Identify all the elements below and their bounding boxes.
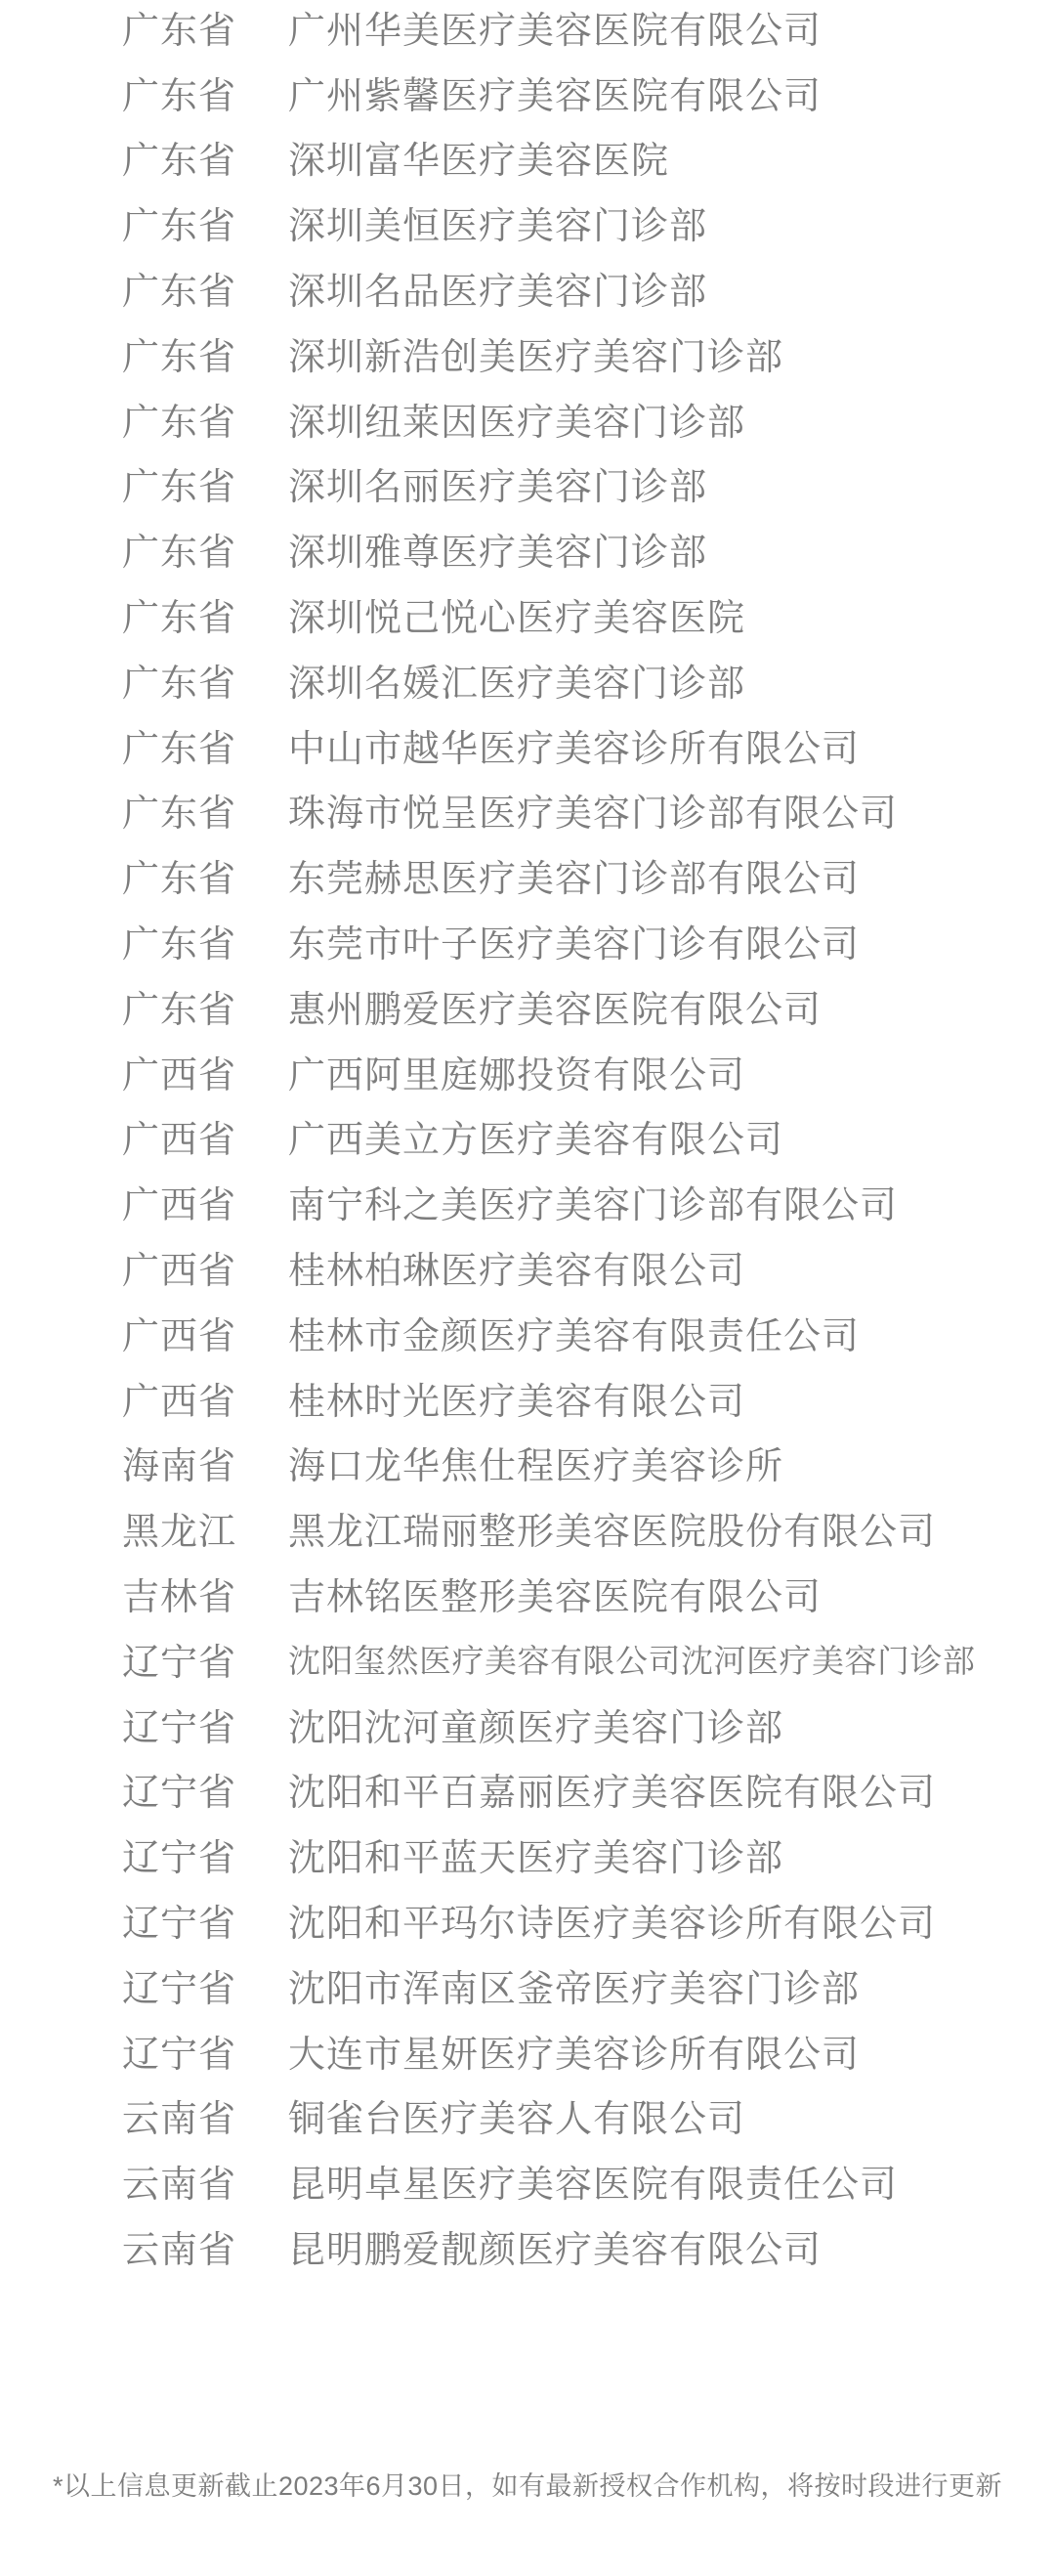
province-label: 黑龙江 — [122, 1501, 288, 1555]
institution-name: 桂林柏琳医疗美容有限公司 — [288, 1240, 1055, 1294]
update-cutoff-note: *以上信息更新截止2023年6月30日，如有最新授权合作机构，将按时段进行更新 — [0, 2465, 1055, 2503]
province-label: 辽宁省 — [122, 1697, 288, 1751]
list-item: 广东省 东莞赫思医疗美容门诊部有限公司 — [0, 842, 1055, 908]
list-item: 广东省 广州紫馨医疗美容医院有限公司 — [0, 60, 1055, 125]
institution-name: 深圳悦己悦心医疗美容医院 — [288, 587, 1055, 641]
list-item: 广西省 桂林柏琳医疗美容有限公司 — [0, 1234, 1055, 1300]
institution-name: 南宁科之美医疗美容门诊部有限公司 — [288, 1175, 1055, 1228]
list-item: 广东省 深圳名品医疗美容门诊部 — [0, 255, 1055, 321]
province-label: 辽宁省 — [122, 1827, 288, 1881]
province-label: 广西省 — [122, 1240, 288, 1294]
institution-name: 深圳美恒医疗美容门诊部 — [288, 195, 1055, 249]
province-label: 广东省 — [122, 65, 288, 119]
province-label: 云南省 — [122, 2088, 288, 2142]
list-item: 广东省 深圳雅尊医疗美容门诊部 — [0, 516, 1055, 581]
institution-name: 深圳新浩创美医疗美容门诊部 — [288, 326, 1055, 380]
province-label: 广西省 — [122, 1175, 288, 1228]
institution-name: 桂林时光医疗美容有限公司 — [288, 1371, 1055, 1425]
list-item: 辽宁省 沈阳市浑南区釜帝医疗美容门诊部 — [0, 1953, 1055, 2018]
province-label: 广西省 — [122, 1045, 288, 1098]
province-label: 广东省 — [122, 0, 288, 54]
list-item: 广东省 惠州鹏爱医疗美容医院有限公司 — [0, 973, 1055, 1039]
province-label: 广东省 — [122, 848, 288, 902]
institution-name: 东莞赫思医疗美容门诊部有限公司 — [288, 848, 1055, 902]
list-item: 广东省 深圳名媛汇医疗美容门诊部 — [0, 647, 1055, 712]
institution-name: 深圳名丽医疗美容门诊部 — [288, 456, 1055, 510]
list-item: 辽宁省 沈阳沈河童颜医疗美容门诊部 — [0, 1692, 1055, 1757]
province-label: 云南省 — [122, 2219, 288, 2273]
institution-name: 海口龙华焦仕程医疗美容诊所 — [288, 1436, 1055, 1489]
province-label: 广东省 — [122, 653, 288, 707]
institution-name: 深圳名品医疗美容门诊部 — [288, 261, 1055, 315]
institution-name: 昆明鹏爱靓颜医疗美容有限公司 — [288, 2219, 1055, 2273]
institution-name: 中山市越华医疗美容诊所有限公司 — [288, 718, 1055, 772]
list-item: 广东省 深圳富华医疗美容医院 — [0, 125, 1055, 191]
institution-name: 沈阳和平蓝天医疗美容门诊部 — [288, 1827, 1055, 1881]
province-label: 辽宁省 — [122, 1893, 288, 1947]
province-label: 广东省 — [122, 914, 288, 967]
institution-name: 吉林铭医整形美容医院有限公司 — [288, 1567, 1055, 1620]
list-item: 广东省 深圳新浩创美医疗美容门诊部 — [0, 321, 1055, 386]
list-item: 广西省 广西阿里庭娜投资有限公司 — [0, 1039, 1055, 1104]
province-label: 辽宁省 — [122, 1632, 288, 1686]
province-label: 辽宁省 — [122, 1762, 288, 1816]
institution-list: 广东省 广州华美医疗美容医院有限公司 广东省 广州紫馨医疗美容医院有限公司 广东… — [0, 0, 1055, 2279]
list-item: 广西省 桂林时光医疗美容有限公司 — [0, 1365, 1055, 1431]
institution-name: 广州紫馨医疗美容医院有限公司 — [288, 65, 1055, 119]
institution-name: 沈阳市浑南区釜帝医疗美容门诊部 — [288, 1958, 1055, 2012]
province-label: 辽宁省 — [122, 1958, 288, 2012]
institution-name: 沈阳和平百嘉丽医疗美容医院有限公司 — [288, 1762, 1055, 1816]
list-item: 广东省 深圳名丽医疗美容门诊部 — [0, 451, 1055, 517]
province-label: 广东省 — [122, 979, 288, 1033]
institution-name: 深圳名媛汇医疗美容门诊部 — [288, 653, 1055, 707]
list-item: 云南省 铜雀台医疗美容人有限公司 — [0, 2083, 1055, 2149]
list-item: 辽宁省 沈阳玺然医疗美容有限公司沈河医疗美容门诊部 — [0, 1626, 1055, 1692]
list-item: 广东省 中山市越华医疗美容诊所有限公司 — [0, 712, 1055, 778]
province-label: 广东省 — [122, 326, 288, 380]
list-item: 广西省 桂林市金颜医疗美容有限责任公司 — [0, 1300, 1055, 1365]
list-item: 云南省 昆明鹏爱靓颜医疗美容有限公司 — [0, 2213, 1055, 2279]
list-item: 广西省 南宁科之美医疗美容门诊部有限公司 — [0, 1169, 1055, 1234]
list-item: 广东省 深圳美恒医疗美容门诊部 — [0, 190, 1055, 255]
institution-name: 沈阳和平玛尔诗医疗美容诊所有限公司 — [288, 1893, 1055, 1947]
list-item: 辽宁省 沈阳和平蓝天医疗美容门诊部 — [0, 1822, 1055, 1887]
institution-name: 深圳富华医疗美容医院 — [288, 130, 1055, 184]
list-item: 辽宁省 大连市星妍医疗美容诊所有限公司 — [0, 2018, 1055, 2083]
institution-name: 广西阿里庭娜投资有限公司 — [288, 1045, 1055, 1098]
institution-name: 珠海市悦呈医疗美容门诊部有限公司 — [288, 783, 1055, 837]
institution-name: 桂林市金颜医疗美容有限责任公司 — [288, 1306, 1055, 1359]
province-label: 辽宁省 — [122, 2024, 288, 2078]
list-item: 广东省 广州华美医疗美容医院有限公司 — [0, 0, 1055, 60]
institution-name: 广州华美医疗美容医院有限公司 — [288, 0, 1055, 54]
province-label: 广东省 — [122, 261, 288, 315]
province-label: 广东省 — [122, 456, 288, 510]
list-item: 广东省 深圳悦己悦心医疗美容医院 — [0, 581, 1055, 647]
province-label: 广西省 — [122, 1109, 288, 1163]
list-item: 广东省 深圳纽莱因医疗美容门诊部 — [0, 386, 1055, 451]
institution-name: 惠州鹏爱医疗美容医院有限公司 — [288, 979, 1055, 1033]
province-label: 广东省 — [122, 783, 288, 837]
authorized-institutions-page: 广东省 广州华美医疗美容医院有限公司 广东省 广州紫馨医疗美容医院有限公司 广东… — [0, 0, 1055, 2576]
province-label: 吉林省 — [122, 1567, 288, 1620]
institution-name: 铜雀台医疗美容人有限公司 — [288, 2088, 1055, 2142]
institution-name: 深圳雅尊医疗美容门诊部 — [288, 522, 1055, 576]
list-item: 吉林省 吉林铭医整形美容医院有限公司 — [0, 1561, 1055, 1626]
province-label: 广东省 — [122, 195, 288, 249]
province-label: 广东省 — [122, 392, 288, 446]
province-label: 广东省 — [122, 130, 288, 184]
province-label: 海南省 — [122, 1436, 288, 1489]
institution-name: 深圳纽莱因医疗美容门诊部 — [288, 392, 1055, 446]
institution-name: 昆明卓星医疗美容医院有限责任公司 — [288, 2154, 1055, 2208]
province-label: 广东省 — [122, 587, 288, 641]
province-label: 广东省 — [122, 522, 288, 576]
institution-name: 沈阳沈河童颜医疗美容门诊部 — [288, 1697, 1055, 1751]
list-item: 辽宁省 沈阳和平百嘉丽医疗美容医院有限公司 — [0, 1757, 1055, 1823]
institution-name: 沈阳玺然医疗美容有限公司沈河医疗美容门诊部 — [288, 1636, 1055, 1682]
province-label: 广西省 — [122, 1306, 288, 1359]
list-item: 海南省 海口龙华焦仕程医疗美容诊所 — [0, 1431, 1055, 1496]
institution-name: 黑龙江瑞丽整形美容医院股份有限公司 — [288, 1501, 1055, 1555]
list-item: 辽宁省 沈阳和平玛尔诗医疗美容诊所有限公司 — [0, 1887, 1055, 1953]
institution-name: 广西美立方医疗美容有限公司 — [288, 1109, 1055, 1163]
institution-name: 东莞市叶子医疗美容门诊有限公司 — [288, 914, 1055, 967]
list-item: 广西省 广西美立方医疗美容有限公司 — [0, 1104, 1055, 1170]
list-item: 云南省 昆明卓星医疗美容医院有限责任公司 — [0, 2148, 1055, 2213]
list-item: 广东省 珠海市悦呈医疗美容门诊部有限公司 — [0, 778, 1055, 843]
province-label: 广东省 — [122, 718, 288, 772]
list-item: 广东省 东莞市叶子医疗美容门诊有限公司 — [0, 908, 1055, 973]
list-item: 黑龙江 黑龙江瑞丽整形美容医院股份有限公司 — [0, 1495, 1055, 1561]
institution-name: 大连市星妍医疗美容诊所有限公司 — [288, 2024, 1055, 2078]
province-label: 云南省 — [122, 2154, 288, 2208]
province-label: 广西省 — [122, 1371, 288, 1425]
